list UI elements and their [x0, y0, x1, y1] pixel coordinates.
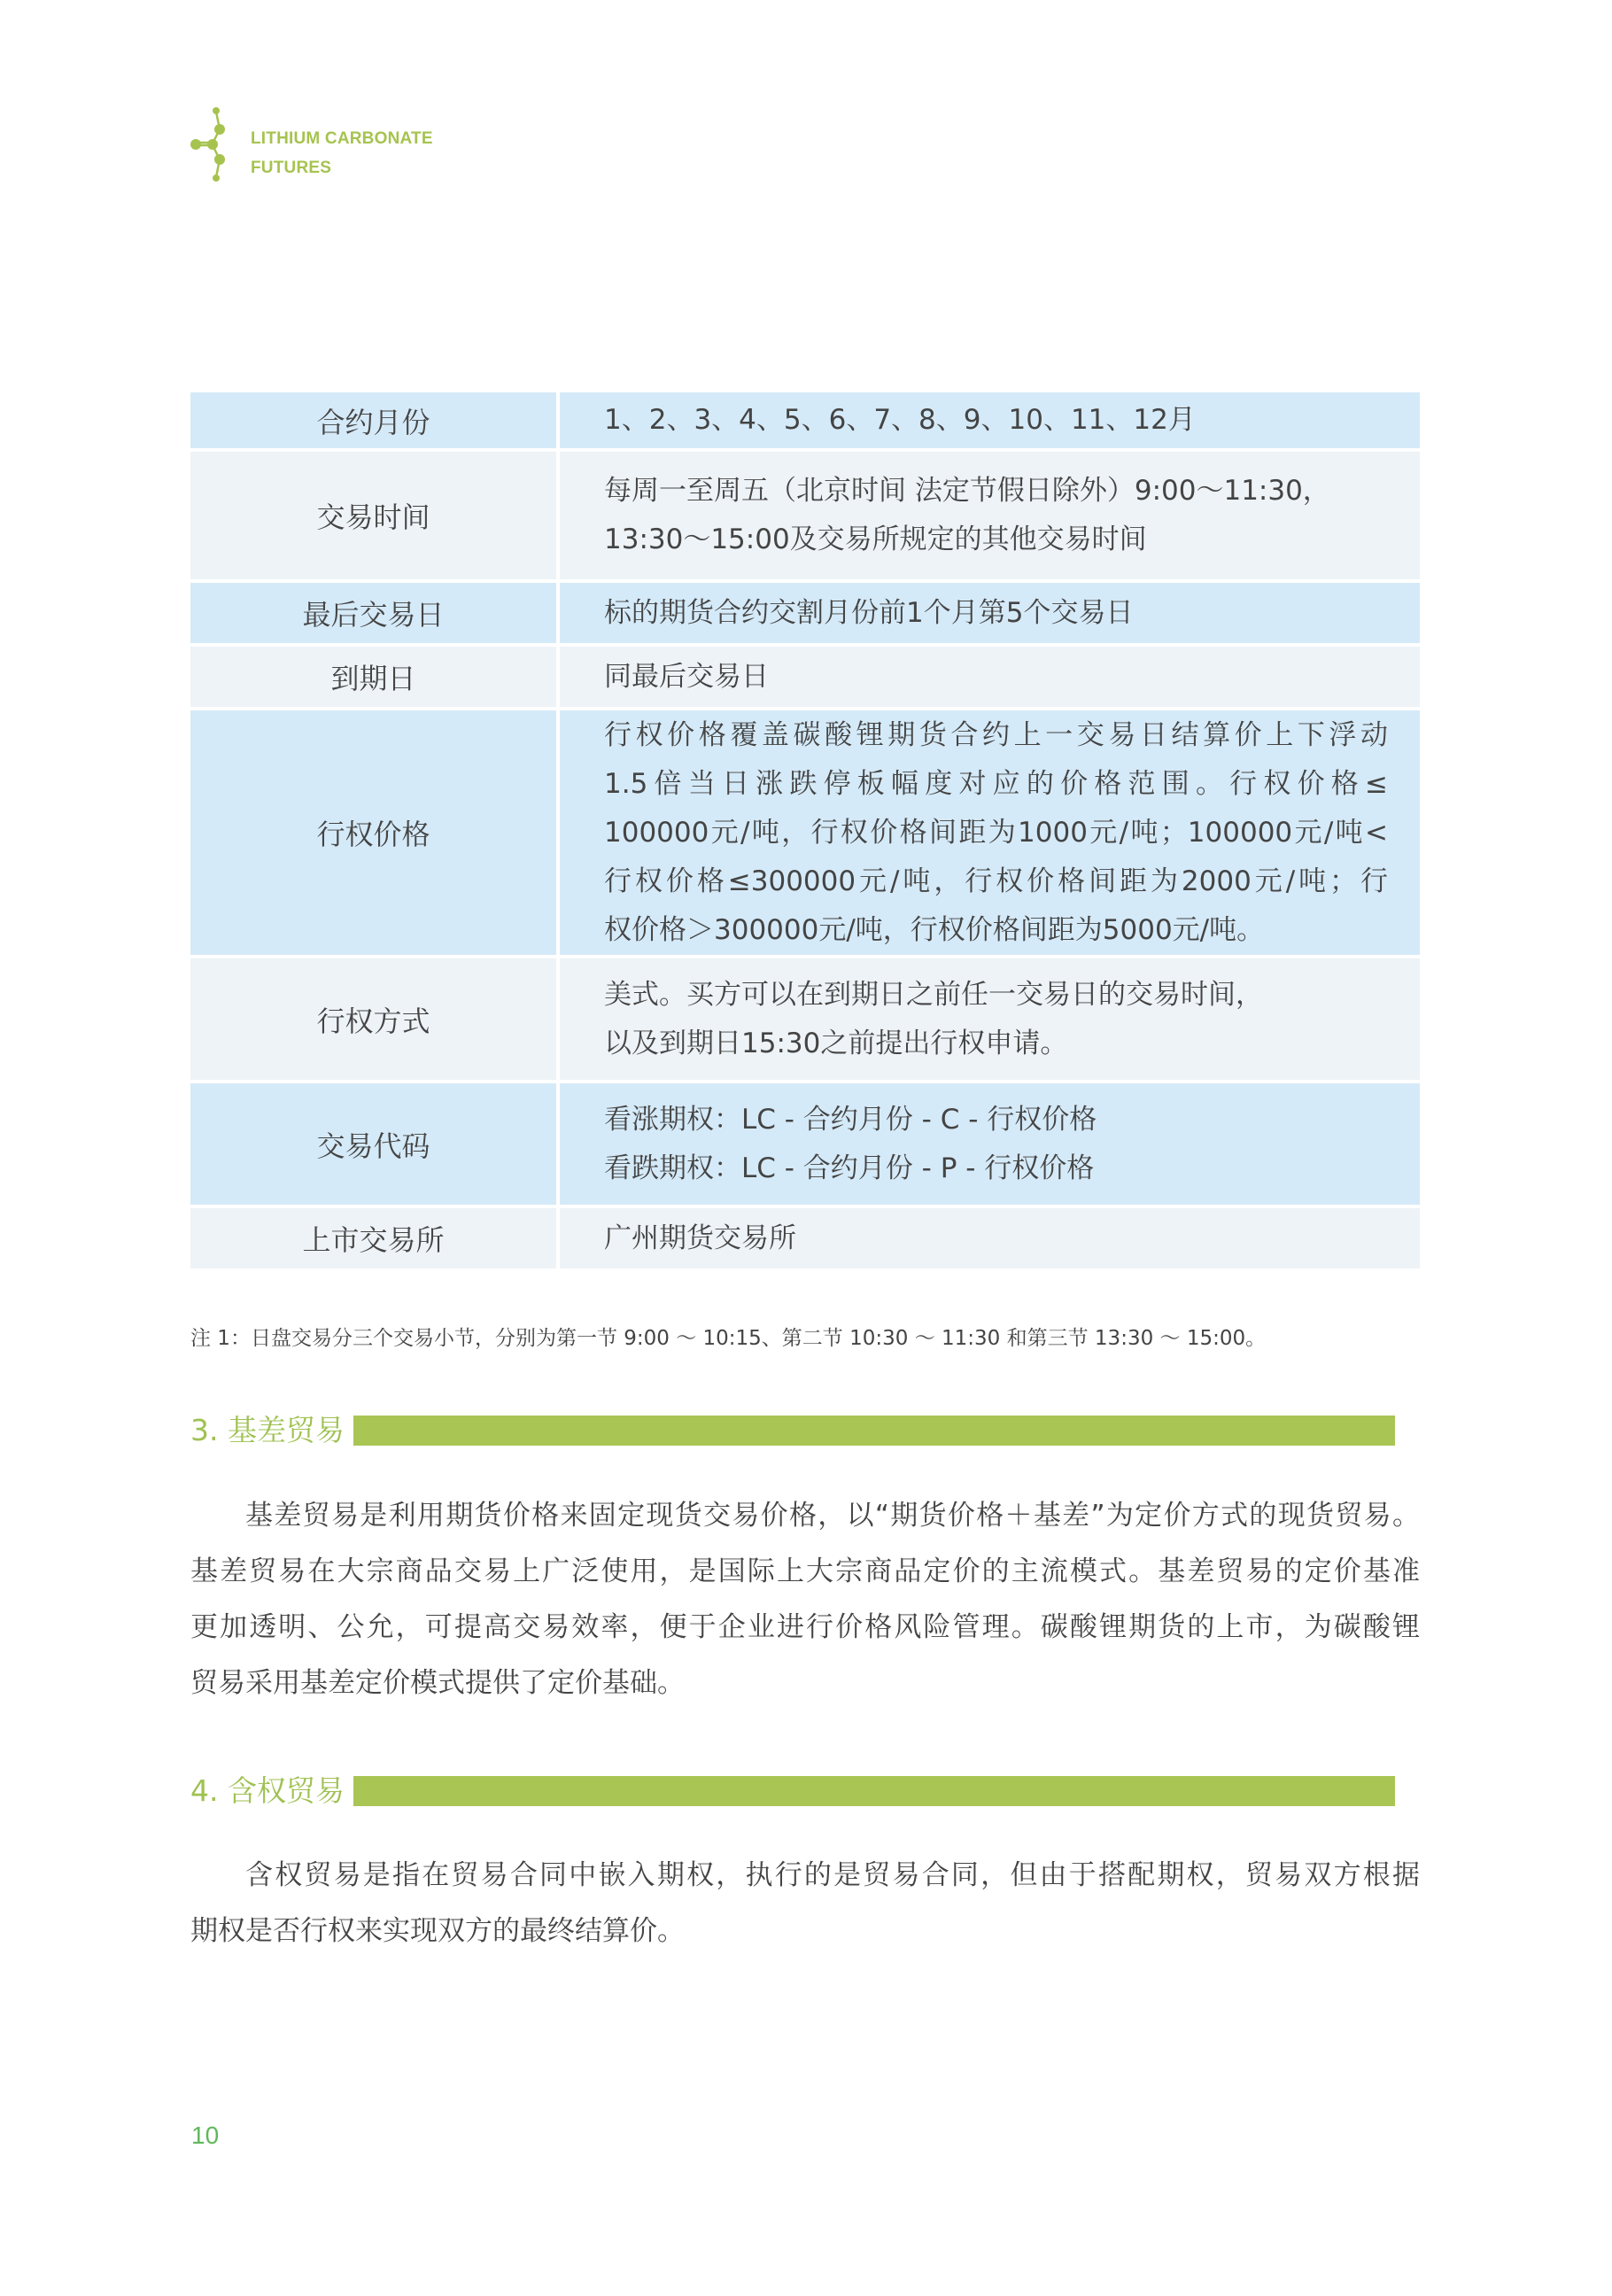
section-heading-basis-trade: 3. 基差贸易 — [190, 1413, 1395, 1448]
logo-line-2: FUTURES — [251, 153, 433, 182]
row-value: 1、2、3、4、5、6、7、8、9、10、11、12月 — [560, 392, 1420, 448]
table-row: 行权价格 行权价格覆盖碳酸锂期货合约上一交易日结算价上下浮动 1.5倍当日涨跌停… — [190, 707, 1420, 955]
table-row: 行权方式 美式。买方可以在到期日之前任一交易日的交易时间， 以及到期日15:30… — [190, 955, 1420, 1080]
table-row: 合约月份 1、2、3、4、5、6、7、8、9、10、11、12月 — [190, 392, 1420, 448]
row-value: 每周一至周五（北京时间 法定节假日除外）9:00～11:30， 13:30～15… — [560, 452, 1420, 579]
row-label: 合约月份 — [190, 392, 560, 448]
table-row: 最后交易日 标的期货合约交割月份前1个月第5个交易日 — [190, 579, 1420, 643]
row-label: 交易时间 — [190, 452, 560, 579]
contract-spec-table: 合约月份 1、2、3、4、5、6、7、8、9、10、11、12月 交易时间 每周… — [190, 392, 1420, 1268]
row-value: 同最后交易日 — [560, 647, 1420, 707]
row-label: 到期日 — [190, 647, 560, 707]
section-title: 4. 含权贸易 — [190, 1773, 345, 1809]
section-heading-option-embedded-trade: 4. 含权贸易 — [190, 1773, 1395, 1809]
row-value: 标的期货合约交割月份前1个月第5个交易日 — [560, 583, 1420, 643]
row-label: 行权价格 — [190, 710, 560, 955]
row-label: 交易代码 — [190, 1083, 560, 1205]
paragraph-basis-trade: 基差贸易是利用期货价格来固定现货交易价格，以“期货价格＋基差”为定价方式的现货贸… — [190, 1488, 1420, 1711]
paragraph-option-embedded-trade: 含权贸易是指在贸易合同中嵌入期权，执行的是贸易合同，但由于搭配期权，贸易双方根据… — [190, 1848, 1420, 1959]
logo-line-1: LITHIUM CARBONATE — [251, 124, 433, 153]
row-value: 美式。买方可以在到期日之前任一交易日的交易时间， 以及到期日15:30之前提出行… — [560, 958, 1420, 1080]
table-footnote: 注 1：日盘交易分三个交易小节，分别为第一节 9:00 ～ 10:15、第二节 … — [190, 1322, 1266, 1351]
brand-logo: LITHIUM CARBONATE FUTURES — [189, 105, 472, 186]
table-row: 交易时间 每周一至周五（北京时间 法定节假日除外）9:00～11:30， 13:… — [190, 448, 1420, 579]
heading-accent-bar — [353, 1776, 1395, 1806]
row-label: 上市交易所 — [190, 1208, 560, 1268]
row-value: 看涨期权：LC - 合约月份 - C - 行权价格 看跌期权：LC - 合约月份… — [560, 1083, 1420, 1205]
logo-text: LITHIUM CARBONATE FUTURES — [251, 124, 433, 182]
row-value: 广州期货交易所 — [560, 1208, 1420, 1268]
row-value: 行权价格覆盖碳酸锂期货合约上一交易日结算价上下浮动 1.5倍当日涨跌停板幅度对应… — [560, 710, 1420, 955]
table-row: 到期日 同最后交易日 — [190, 643, 1420, 707]
table-row: 上市交易所 广州期货交易所 — [190, 1205, 1420, 1268]
page-number: 10 — [191, 2121, 219, 2150]
molecule-icon — [189, 105, 242, 186]
row-label: 最后交易日 — [190, 583, 560, 643]
heading-accent-bar — [353, 1416, 1395, 1446]
section-title: 3. 基差贸易 — [190, 1413, 345, 1448]
row-label: 行权方式 — [190, 958, 560, 1080]
table-row: 交易代码 看涨期权：LC - 合约月份 - C - 行权价格 看跌期权：LC -… — [190, 1080, 1420, 1205]
